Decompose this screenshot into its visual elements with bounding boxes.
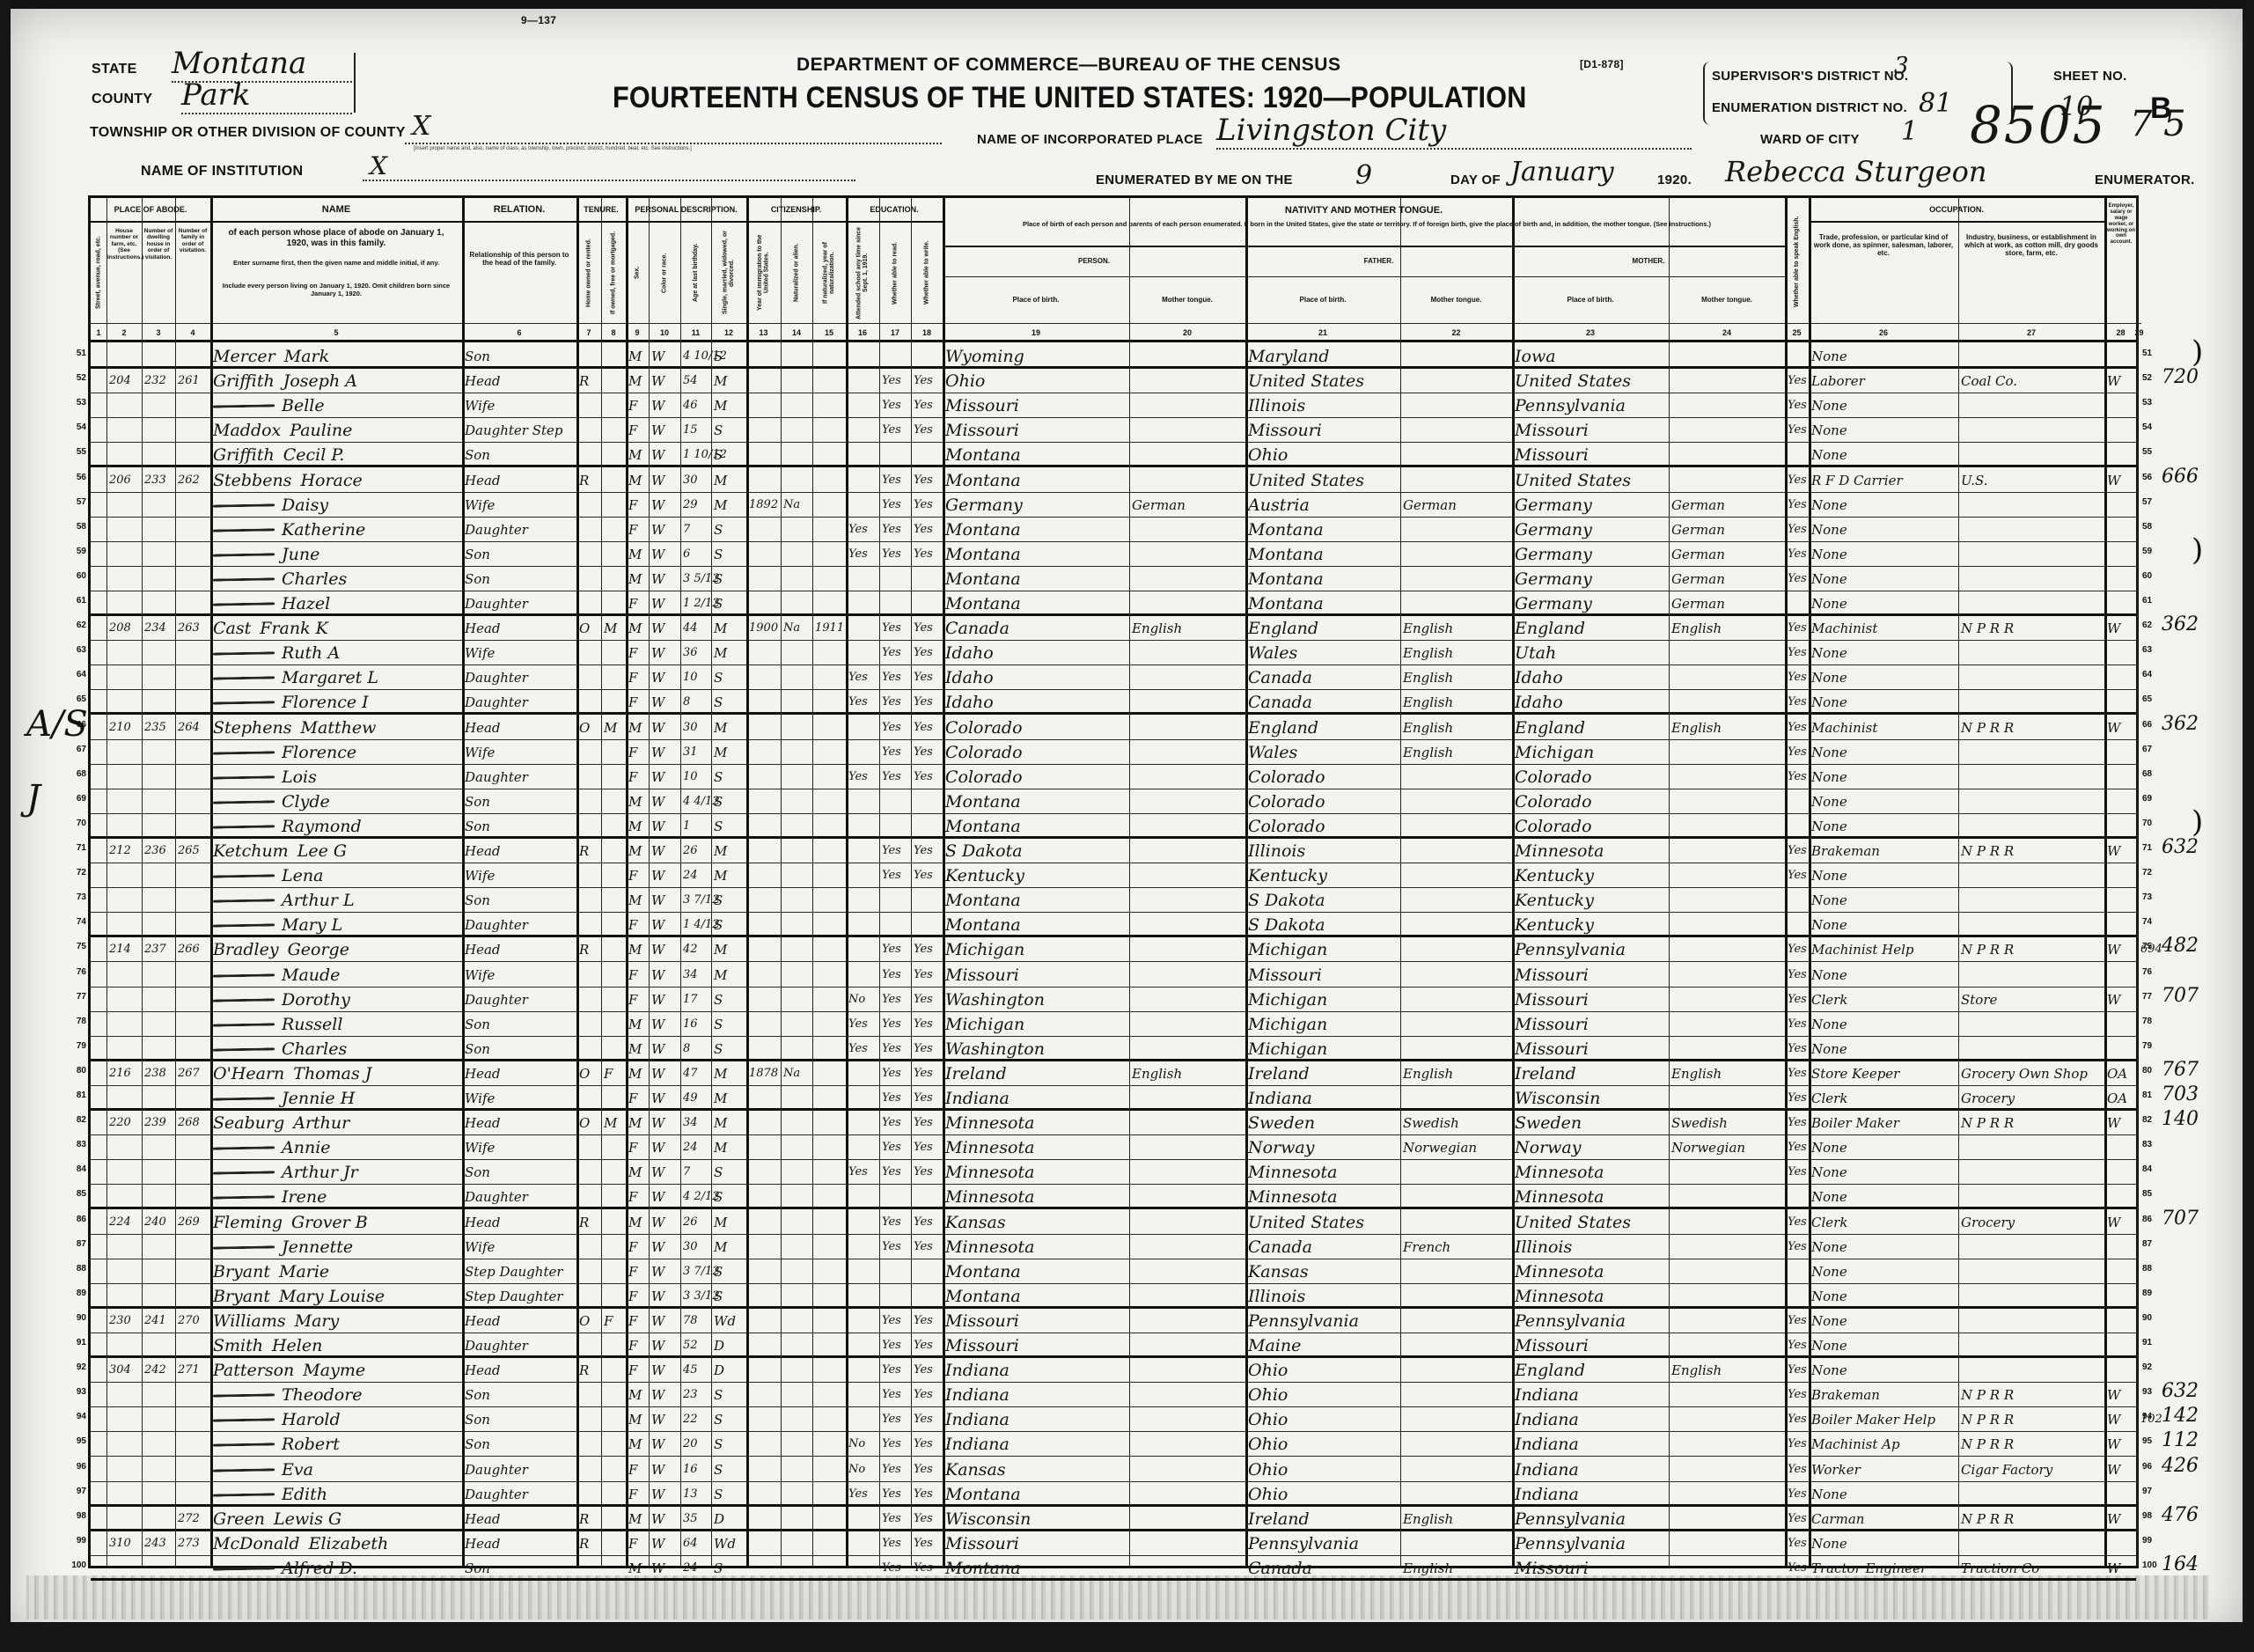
table-row: EdithDaughterFW13SYesYesYesMontanaOhioIn… [91,1482,2136,1507]
tongue-cell [1129,567,1245,591]
name-cell: SeaburgArthur [210,1111,462,1134]
sex-cell: M [626,369,649,393]
write-cell: Yes [911,1012,943,1036]
employer-cell [2104,1037,2137,1059]
dwelling-cell [142,344,175,366]
given-name: Russell [282,1015,342,1034]
english-cell [1785,913,1809,935]
f-birth-cell: Kansas [1245,1259,1400,1283]
name-cell: Raymond [210,814,462,836]
f-birth-cell: Ohio [1245,1407,1400,1431]
house-cell: 310 [106,1531,142,1555]
margin-code: 707 [2162,1208,2199,1230]
column-number: 2 [106,323,142,341]
name-cell: WilliamsMary [210,1309,462,1333]
immig-cell [746,1160,781,1184]
relation-cell: Son [462,1012,576,1036]
name-cell: McDonaldElizabeth [210,1531,462,1555]
home-cell [576,765,601,789]
family-cell [175,740,210,764]
birth-cell: Michigan [943,937,1129,961]
table-row: SmithHelenDaughterFW52DYesYesMissouriMai… [91,1333,2136,1358]
age-cell: 29 [680,493,711,517]
occupation-cell: Laborer [1809,369,1958,393]
mort-cell [601,740,626,764]
english-cell [1785,344,1809,366]
sex-cell: F [626,518,649,541]
surname: Stebbens [213,471,291,490]
relation-cell: Head [462,839,576,863]
mort-cell [601,988,626,1011]
industry-cell: N P R R [1958,1507,2104,1529]
table-row: Arthur JrSonMW7SYesYesYesMinnesotaMinnes… [91,1160,2136,1185]
relation-cell: Step Daughter [462,1259,576,1283]
m-birth-cell: Germany [1512,591,1669,613]
immig-cell: 1900 [746,616,781,640]
line-number-right: 75 [2142,942,2160,951]
column-divider [680,198,681,1566]
nat-cell [781,1358,812,1382]
tongue-cell [1129,443,1245,465]
given-name: Pauline [290,421,352,440]
f-birth-cell: Colorado [1245,765,1400,789]
english-cell: Yes [1785,1383,1809,1406]
occupation-cell: None [1809,765,1958,789]
race-cell: W [649,1160,680,1184]
table-row: Alfred D.SonMW24SYesYesMontanaCanadaEngl… [91,1556,2136,1581]
m-tongue-cell [1669,418,1785,442]
birth-cell: Montana [943,1284,1129,1306]
school-cell: Yes [846,665,879,689]
table-row: MaudeWifeFW34MYesYesMissouriMissouriMiss… [91,963,2136,988]
employer-cell [2104,393,2137,417]
write-cell [911,789,943,813]
table-row: KetchumLee G212236265HeadRMW26MYesYesS D… [91,839,2136,863]
m-tongue-cell [1669,1407,1785,1431]
race-cell: W [649,1012,680,1036]
dwelling-cell [142,1482,175,1504]
read-cell: Yes [879,1135,911,1159]
line-number-right: 54 [2142,422,2160,432]
f-birth-cell: Norway [1245,1135,1400,1159]
read-cell: Yes [879,542,911,566]
m-tongue-cell [1669,839,1785,863]
mort-cell [601,963,626,987]
given-name: Charles [282,569,347,589]
line-number-right: 60 [2142,571,2160,581]
english-cell: Yes [1785,1531,1809,1555]
mort-cell [601,1210,626,1234]
marital-cell: Wd [711,1309,746,1333]
m-tongue-cell [1669,1383,1785,1406]
immig-cell [746,591,781,613]
family-cell [175,1086,210,1108]
given-name: Mary Louise [279,1287,385,1306]
birth-cell: Idaho [943,665,1129,689]
age-cell: 35 [680,1507,711,1529]
occupation-cell: Brakeman [1809,1383,1958,1406]
nat-cell [781,1037,812,1059]
column-headers: Place of abode.NameRelation.Tenure.Perso… [91,198,2136,342]
dwelling-cell: 239 [142,1111,175,1134]
house-cell: 206 [106,468,142,492]
line-number-right: 92 [2142,1362,2160,1372]
mort-cell [601,888,626,912]
relation-cell: Daughter [462,1482,576,1504]
line-number-right: 56 [2142,473,2160,482]
home-cell [576,1383,601,1406]
nat-cell [781,888,812,912]
occupation-cell: Boiler Maker Help [1809,1407,1958,1431]
house-cell [106,443,142,465]
industry-cell [1958,591,2104,613]
column-divider [846,198,848,1566]
write-cell: Yes [911,1556,943,1578]
house-cell [106,1383,142,1406]
margin-parenthesis: ) [2192,532,2203,568]
birth-cell: S Dakota [943,839,1129,863]
race-cell: W [649,1259,680,1283]
m-tongue-cell [1669,665,1785,689]
column-number: 17 [879,323,911,341]
race-cell: W [649,1482,680,1504]
employer-cell [2104,344,2137,366]
margin-code: 703 [2162,1083,2199,1105]
given-name: Robert [282,1435,340,1454]
school-cell: Yes [846,1160,879,1184]
house-cell: 212 [106,839,142,863]
industry-cell [1958,690,2104,712]
mort-cell [601,418,626,442]
mort-cell [601,1507,626,1529]
race-cell: W [649,344,680,366]
name-cell: Ruth A [210,641,462,664]
house-cell [106,1432,142,1456]
column-divider [879,198,880,1566]
mort-cell [601,1086,626,1108]
ditto-mark [213,1443,275,1447]
read-cell: Yes [879,863,911,887]
home-cell [576,913,601,935]
employer-cell [2104,888,2137,912]
column-group-father: Father. [1245,247,1512,277]
column-divider [1245,198,1248,1566]
table-row: LenaWifeFW24MYesYesKentuckyKentuckyKentu… [91,863,2136,888]
given-name: Joseph A [283,371,357,391]
table-row: DaisyWifeFW29M1892NaYesYesGermanyGermanA… [91,493,2136,518]
english-cell [1785,789,1809,813]
f-birth-cell: Ohio [1245,1383,1400,1406]
school-cell [846,1061,879,1085]
family-cell [175,418,210,442]
line-number-right: 98 [2142,1511,2160,1521]
dwelling-cell [142,963,175,987]
given-name: George [288,940,349,959]
birth-cell: Idaho [943,690,1129,712]
nat-cell [781,1383,812,1406]
line-number-right: 52 [2142,373,2160,383]
tongue-cell [1129,1358,1245,1382]
given-name: Eva [282,1460,313,1479]
table-row: TheodoreSonMW23SYesYesIndianaOhioIndiana… [91,1383,2136,1407]
dwelling-cell [142,665,175,689]
home-cell [576,740,601,764]
f-birth-cell: Indiana [1245,1086,1400,1108]
read-cell: Yes [879,1086,911,1108]
column-header-c11: Age at last birthday. [680,224,711,321]
natyr-cell [812,690,846,712]
relation-cell: Son [462,1556,576,1578]
english-cell: Yes [1785,418,1809,442]
read-cell [879,344,911,366]
enumerated-month: January [1510,157,1614,187]
nat-cell [781,1531,812,1555]
sex-cell: M [626,1012,649,1036]
natyr-cell [812,443,846,465]
natyr-cell [812,542,846,566]
mort-cell [601,1556,626,1578]
school-cell [846,1235,879,1259]
marital-cell: S [711,1432,746,1456]
occupation-cell: None [1809,344,1958,366]
school-cell [846,814,879,836]
natyr-cell: 1911 [812,616,846,640]
sex-cell: M [626,1210,649,1234]
race-cell: W [649,567,680,591]
line-number-right: 58 [2142,522,2160,532]
age-cell: 4 4/12 [680,789,711,813]
margin-code: 142 [2162,1405,2199,1427]
english-cell: Yes [1785,937,1809,961]
home-cell [576,443,601,465]
marital-cell: Wd [711,1531,746,1555]
age-cell: 30 [680,716,711,739]
f-birth-cell: United States [1245,1210,1400,1234]
f-birth-cell: Illinois [1245,393,1400,417]
home-cell: O [576,1309,601,1333]
marital-cell: D [711,1333,746,1355]
mort-cell [601,1333,626,1355]
tongue-cell [1129,913,1245,935]
relation-cell: Daughter [462,913,576,935]
f-tongue-cell [1400,443,1512,465]
birth-cell: Minnesota [943,1235,1129,1259]
house-cell [106,888,142,912]
f-tongue-cell: English [1400,616,1512,640]
employer-cell: W [2104,1457,2137,1481]
read-cell: Yes [879,369,911,393]
relation-cell: Step Daughter [462,1284,576,1306]
birth-cell: Missouri [943,393,1129,417]
birth-cell: Ohio [943,369,1129,393]
age-cell: 7 [680,1160,711,1184]
house-cell [106,1284,142,1306]
school-cell [846,1358,879,1382]
immig-cell [746,888,781,912]
name-cell: June [210,542,462,566]
dwelling-cell [142,1556,175,1578]
name-cell: Margaret L [210,665,462,689]
dwelling-cell [142,1160,175,1184]
table-row: MaddoxPaulineDaughter StepFW15SYesYesMis… [91,418,2136,443]
line-number-left: 93 [69,1387,86,1397]
natyr-cell [812,1086,846,1108]
table-row: Ruth AWifeFW36MYesYesIdahoWalesEnglishUt… [91,641,2136,665]
natyr-cell [812,1358,846,1382]
family-cell [175,765,210,789]
immig-cell [746,1259,781,1283]
family-cell: 263 [175,616,210,640]
occupation-cell: None [1809,690,1958,712]
m-tongue-cell [1669,1457,1785,1481]
f-tongue-cell [1400,1358,1512,1382]
relation-cell: Head [462,1210,576,1234]
tongue-cell [1129,937,1245,961]
column-header-c9: Sex. [626,224,649,321]
birth-cell: Montana [943,468,1129,492]
line-number-left: 81 [69,1090,86,1100]
sex-cell: F [626,690,649,712]
write-cell: Yes [911,1358,943,1382]
nat-cell [781,1185,812,1207]
dwelling-cell [142,1235,175,1259]
read-cell: Yes [879,1333,911,1355]
f-birth-cell: England [1245,716,1400,739]
sex-cell: F [626,913,649,935]
house-cell: 230 [106,1309,142,1333]
tongue-cell [1129,591,1245,613]
m-tongue-cell: Swedish [1669,1111,1785,1134]
family-cell [175,888,210,912]
m-birth-cell: Germany [1512,567,1669,591]
school-cell [846,443,879,465]
race-cell: W [649,468,680,492]
occupation-cell: None [1809,641,1958,664]
occupation-cell: None [1809,888,1958,912]
sex-cell: M [626,567,649,591]
f-birth-cell: S Dakota [1245,888,1400,912]
industry-cell: N P R R [1958,1432,2104,1456]
birth-cell: Montana [943,888,1129,912]
natyr-cell [812,716,846,739]
race-cell: W [649,443,680,465]
relation-cell: Wife [462,1135,576,1159]
sex-cell: M [626,542,649,566]
line-number-right: 61 [2142,596,2160,606]
school-cell [846,888,879,912]
column-header-c16: Attended school any time since Sept. 1, … [846,224,879,321]
line-number-right: 62 [2142,620,2160,630]
school-cell [846,1259,879,1283]
occupation-cell: None [1809,814,1958,836]
f-tongue-cell: Swedish [1400,1111,1512,1134]
write-cell [911,1259,943,1283]
natyr-cell [812,665,846,689]
column-number: 27 [1958,323,2104,341]
tongue-cell [1129,1482,1245,1504]
line-number-left: 100 [69,1560,86,1570]
surname: Maddox [213,421,281,440]
family-cell: 266 [175,937,210,961]
birth-cell: Wyoming [943,344,1129,366]
mort-cell [601,1160,626,1184]
write-cell [911,1185,943,1207]
english-cell: Yes [1785,518,1809,541]
industry-cell [1958,789,2104,813]
f-birth-cell: Pennsylvania [1245,1309,1400,1333]
m-birth-cell: United States [1512,1210,1669,1234]
line-number-right: 64 [2142,670,2160,679]
nat-cell [781,690,812,712]
column-number: 15 [812,323,846,341]
line-number-left: 95 [69,1436,86,1446]
surname: Mercer [213,347,275,366]
name-cell: Katherine [210,518,462,541]
race-cell: W [649,988,680,1011]
m-birth-cell: Missouri [1512,1037,1669,1059]
line-number-left: 59 [69,547,86,556]
line-number-right: 76 [2142,967,2160,977]
age-cell: 78 [680,1309,711,1333]
immig-cell [746,542,781,566]
family-cell [175,542,210,566]
marital-cell: M [711,1135,746,1159]
write-cell: Yes [911,1309,943,1333]
dwelling-cell [142,888,175,912]
school-cell: Yes [846,690,879,712]
marital-cell: S [711,1284,746,1306]
immig-cell [746,1309,781,1333]
ditto-mark [213,751,275,754]
ditto-mark [213,924,275,928]
mort-cell: M [601,1111,626,1134]
race-cell: W [649,1235,680,1259]
ditto-mark [213,874,275,877]
tongue-cell [1129,518,1245,541]
natyr-cell [812,839,846,863]
f-tongue-cell [1400,1210,1512,1234]
column-divider [576,198,579,1566]
marital-cell: M [711,1210,746,1234]
ditto-mark [213,577,275,581]
sex-cell: M [626,344,649,366]
employer-cell [2104,567,2137,591]
column-number: 9 [626,323,649,341]
birth-cell: Indiana [943,1432,1129,1456]
employer-cell [2104,493,2137,517]
f-birth-cell: Canada [1245,1235,1400,1259]
relation-cell: Daughter [462,1185,576,1207]
f-birth-cell: Colorado [1245,789,1400,813]
family-cell [175,665,210,689]
year-label: 1920. [1657,173,1692,187]
english-cell: Yes [1785,1358,1809,1382]
english-cell: Yes [1785,641,1809,664]
column-header-c15: If naturalized, year of naturalization. [812,224,846,321]
marital-cell: M [711,393,746,417]
tongue-cell [1129,1160,1245,1184]
marital-cell: S [711,1037,746,1059]
line-number-left: 70 [69,819,86,828]
table-row: GreenLewis G272HeadRMW35DYesYesWisconsin… [91,1507,2136,1531]
scan-edge-right [2245,0,2254,1652]
nat-cell [781,1333,812,1355]
industry-cell [1958,1235,2104,1259]
family-cell [175,493,210,517]
industry-cell [1958,863,2104,887]
occupation-cell: None [1809,1235,1958,1259]
read-cell: Yes [879,937,911,961]
